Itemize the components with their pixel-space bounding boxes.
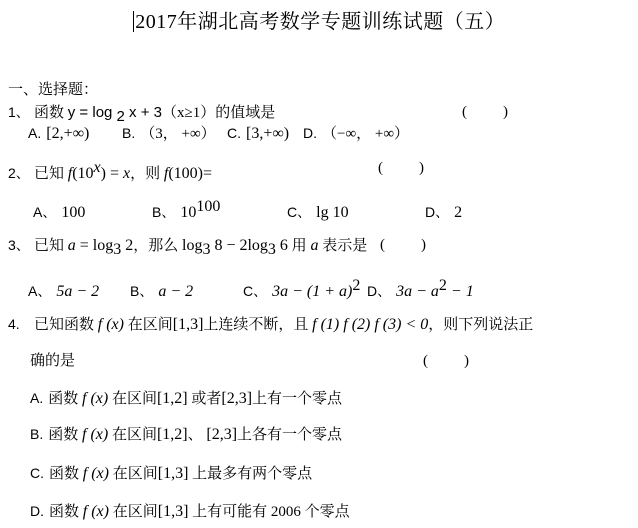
question-4-option-a: A.函数 f (x) 在区间[1,2] 或者[2,3]上有一个零点: [30, 388, 342, 409]
option-text: 或者: [188, 391, 222, 407]
question-number: 3、: [8, 235, 34, 255]
stem-text: 在区间: [124, 317, 173, 333]
question-number: 2、: [8, 163, 34, 183]
option-label: B、: [130, 283, 153, 299]
option-label: C、: [243, 283, 267, 299]
question-4-option-b: B.函数 f (x) 在区间[1,2]、 [2,3]上各有一个零点: [30, 424, 342, 445]
superscript: 100: [196, 198, 220, 215]
math-expression: [1,2]: [157, 426, 188, 443]
question-4-option-c: C.函数 f (x) 在区间[1,3] 上最多有两个零点: [30, 463, 312, 484]
stem-text: 确的是: [30, 353, 75, 369]
math-expression: (100): [168, 165, 203, 182]
option-text: 3a − (1 + a): [272, 283, 352, 300]
math-expression: f (x): [82, 426, 108, 443]
option-label: A.: [28, 125, 41, 141]
question-3-stem: 3、已知 a = log3 2，那么 log3 8 − 2log3 6 用 a …: [8, 235, 630, 260]
section-header-text: 一、选择题：: [8, 82, 98, 98]
option-a: A、5a − 2: [28, 276, 99, 302]
option-text: （3， +∞）: [140, 126, 215, 142]
math-expression: [1,3]: [158, 503, 189, 520]
stem-text: 已知: [34, 166, 68, 182]
question-2-stem: 2、已知 f(10x) = x，则 f(100)= ( ): [8, 158, 630, 184]
question-4-stem: 4.已知函数 f (x) 在区间[1,3]上连续不断，且 f (1) f (2)…: [8, 314, 630, 335]
option-label: A.: [30, 390, 43, 406]
answer-parentheses: ( ): [380, 235, 428, 255]
question-2-options: A、100 B、10100 C、lg 10 D、2: [8, 197, 630, 219]
superscript: 2: [352, 277, 360, 294]
answer-parentheses: ( ): [462, 102, 510, 122]
math-expression: f (1) f (2) f (3) < 0: [312, 316, 428, 333]
option-c: C、3a − (1 + a)2: [243, 276, 360, 302]
math-expression: a: [68, 237, 76, 254]
option-text: 函数: [49, 466, 83, 482]
math-expression: (10: [72, 165, 93, 182]
stem-text: 用: [288, 238, 311, 254]
superscript: x: [94, 159, 101, 176]
option-label: B.: [122, 125, 135, 141]
option-text: 上最多有两个零点: [188, 466, 312, 482]
option-text: 函数: [49, 504, 83, 520]
section-header: 一、选择题：: [8, 80, 98, 100]
option-label: A、: [33, 204, 56, 220]
option-text: − 1: [447, 283, 474, 300]
option-label: D.: [303, 125, 317, 141]
document-page[interactable]: 2017年湖北高考数学专题训练试题（五） 一、选择题： 1、函数 y = log…: [0, 0, 638, 528]
math-expression: = log: [76, 237, 113, 254]
math-expression: [1,2]: [157, 390, 188, 407]
option-a: A.[2,+∞): [28, 123, 89, 144]
question-4-option-d: D.函数 f (x) 在区间[1,3] 上有可能有 2006 个零点: [30, 501, 350, 522]
option-b: B、10100: [152, 197, 220, 223]
option-text: （−∞， +∞）: [322, 126, 409, 142]
option-label: C、: [287, 204, 311, 220]
math-expression: y = log: [68, 104, 117, 121]
option-d: D、3a − a2 − 1: [367, 276, 474, 302]
math-expression: [1,3]: [158, 465, 189, 482]
option-text: 5a − 2: [56, 283, 99, 300]
option-c: C、lg 10: [287, 197, 349, 223]
answer-parentheses: ( ): [423, 351, 471, 371]
page-title: 2017年湖北高考数学专题训练试题（五）: [0, 10, 638, 34]
math-expression: =: [203, 165, 212, 182]
superscript: 2: [439, 277, 447, 294]
stem-text: 上连续不断，且: [203, 317, 312, 333]
option-label: D.: [30, 503, 44, 519]
math-expression: f (x): [83, 465, 109, 482]
option-label: D、: [367, 283, 391, 299]
option-text: 、: [188, 427, 207, 443]
option-label: D、: [425, 204, 449, 220]
option-text: 上有一个零点: [252, 391, 342, 407]
math-expression: 2: [121, 237, 133, 254]
option-text: 100: [61, 204, 85, 221]
answer-parentheses: ( ): [378, 158, 426, 178]
stem-text: 已知: [34, 238, 68, 254]
option-text: 上各有一个零点: [237, 427, 342, 443]
option-label: B.: [30, 426, 43, 442]
option-label: C.: [227, 125, 241, 141]
math-expression: f (x): [98, 316, 124, 333]
stem-text: （x≥1）的值域是: [162, 105, 275, 121]
question-3-options: A、5a − 2 B、a − 2 C、3a − (1 + a)2 D、3a − …: [8, 276, 630, 298]
option-text: 10: [180, 204, 196, 221]
math-expression: x + 3: [125, 104, 162, 121]
math-expression: ) =: [101, 165, 123, 182]
question-number: 4.: [8, 314, 34, 334]
option-text: 上有可能有 2006 个零点: [188, 504, 349, 520]
option-d: D.（−∞， +∞）: [303, 123, 409, 144]
option-text: lg 10: [316, 204, 348, 221]
option-text: a − 2: [158, 283, 193, 300]
option-label: B、: [152, 204, 175, 220]
stem-text: 函数: [34, 105, 68, 121]
math-expression: 6: [276, 237, 288, 254]
option-b: B、a − 2: [130, 276, 193, 302]
option-label: A、: [28, 283, 51, 299]
stem-text: 已知函数: [34, 317, 98, 333]
option-b: B.（3， +∞）: [122, 123, 216, 144]
stem-text: ，则: [130, 166, 164, 182]
math-expression: 8 − 2log: [210, 237, 267, 254]
question-4-stem-line2: 确的是 ( ): [30, 351, 630, 371]
math-expression: [2,3]: [206, 426, 237, 443]
stem-text: ，那么: [133, 238, 182, 254]
math-expression: log: [182, 237, 202, 254]
math-expression: [2,3]: [221, 390, 252, 407]
option-text: 在区间: [109, 504, 158, 520]
option-c: C.[3,+∞): [227, 123, 289, 144]
option-label: C.: [30, 465, 44, 481]
option-text: 函数: [48, 391, 82, 407]
option-text: 在区间: [109, 466, 158, 482]
stem-text: ，则下列说法正: [428, 317, 533, 333]
question-number: 1、: [8, 102, 34, 122]
option-text: [2,+∞): [46, 125, 89, 142]
option-text: 函数: [48, 427, 82, 443]
math-expression: f (x): [82, 390, 108, 407]
option-text: 在区间: [108, 427, 157, 443]
option-text: 3a − a: [396, 283, 439, 300]
option-d: D、2: [425, 197, 462, 223]
math-expression: [1,3]: [173, 316, 204, 333]
option-text: 在区间: [108, 391, 157, 407]
subscript: 3: [268, 241, 276, 258]
question-1-options: A.[2,+∞) B.（3， +∞） C.[3,+∞) D.（−∞， +∞）: [8, 123, 630, 143]
option-text: 2: [454, 204, 462, 221]
option-text: [3,+∞): [246, 125, 289, 142]
math-expression: f (x): [83, 503, 109, 520]
option-a: A、100: [33, 197, 85, 223]
stem-text: 表示是: [318, 238, 367, 254]
page-title-text: 2017年湖北高考数学专题训练试题（五）: [135, 11, 505, 33]
